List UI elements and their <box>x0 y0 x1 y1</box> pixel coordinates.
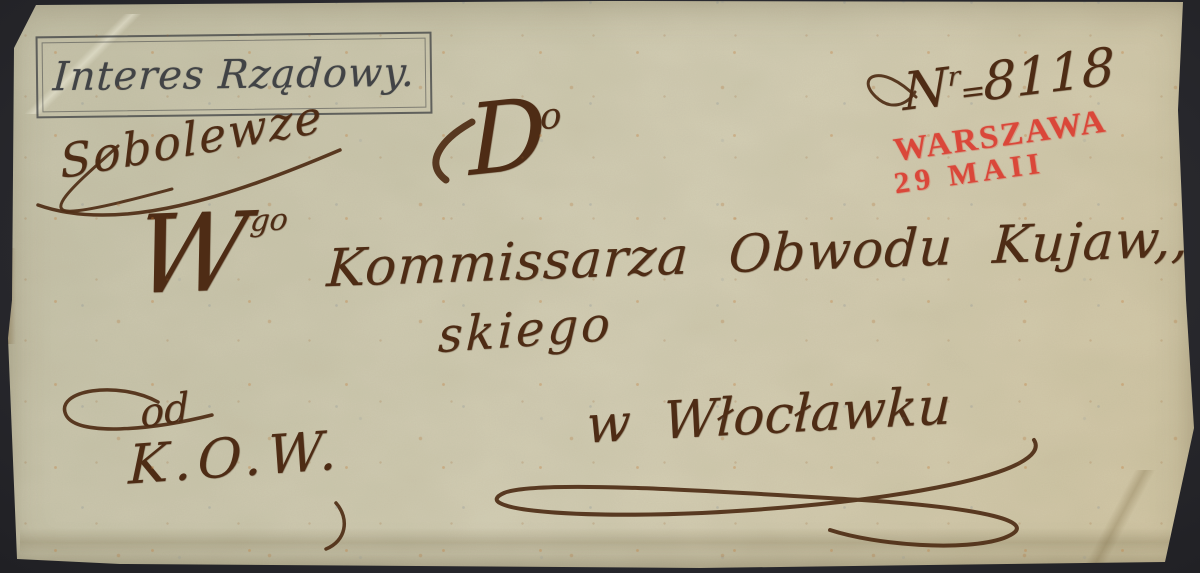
honorific-superscript: go <box>249 202 290 238</box>
docket-separator: = <box>960 73 984 111</box>
initials-comma-tail <box>326 503 344 549</box>
envelope-paper: Interes Rządowy. Sobolewze Nr=8118 WARSZ… <box>0 0 1200 573</box>
paper-fold-bottom <box>20 528 1170 554</box>
paper-fold-left-edge <box>4 248 16 344</box>
honorific-letter: W <box>130 190 254 319</box>
manuscript-address-line1: Wgo Kommissarza Obwodu Kujaw,, <box>135 178 1158 306</box>
handstamp-label: Interes Rządowy. <box>52 50 417 100</box>
address-line1-text: Kommissarza Obwodu Kujaw,, <box>325 209 1191 299</box>
to-small-letter: o <box>539 95 562 138</box>
manuscript-to-word: Do <box>467 83 564 191</box>
docket-value: 8118 <box>983 37 1115 113</box>
docket-superscript: r <box>948 61 961 93</box>
manuscript-address-line3: w Włocławku <box>585 376 952 455</box>
docket-prefix: N <box>902 57 948 123</box>
do-leadin-arc <box>436 122 472 180</box>
paper-crease-bottom-right <box>1040 470 1200 565</box>
address-honorific: Wgo <box>132 208 289 300</box>
photo-backdrop: Interes Rządowy. Sobolewze Nr=8118 WARSZ… <box>0 0 1200 573</box>
to-initial: D <box>466 77 548 199</box>
wloclawek-grand-flourish <box>497 440 1036 546</box>
manuscript-address-line2: skiego <box>437 296 614 364</box>
